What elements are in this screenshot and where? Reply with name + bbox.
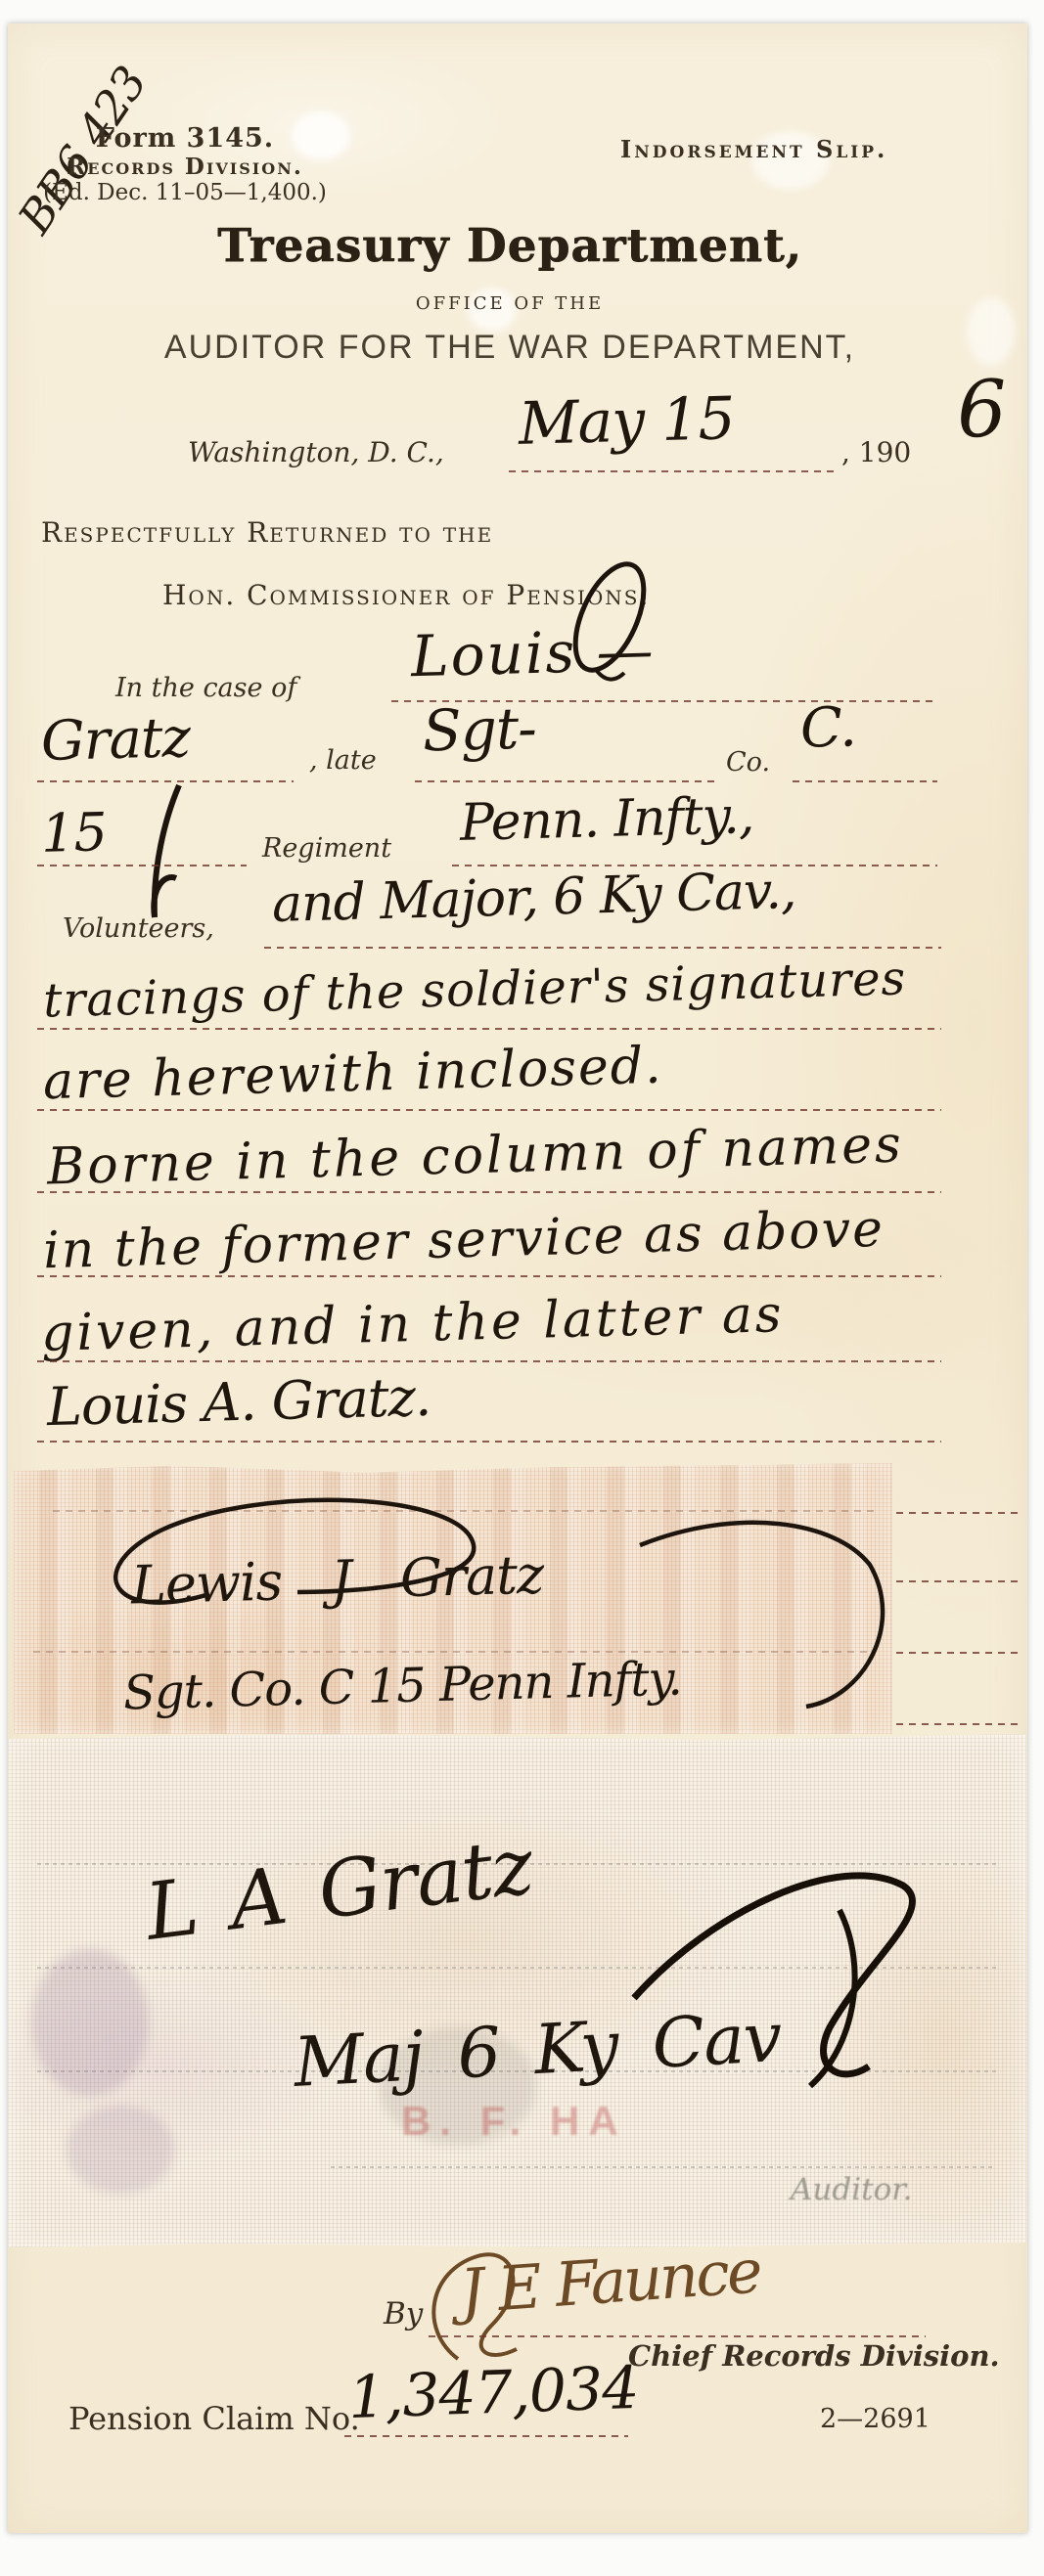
- rank-handwritten: Sgt-: [422, 694, 537, 764]
- date-handwritten: May 15: [518, 384, 735, 459]
- rule: [37, 1109, 941, 1111]
- tracing-2-signature: L A Gratz: [141, 1820, 537, 1958]
- rule-stub: [896, 1723, 1018, 1725]
- rule: [415, 780, 718, 782]
- rule: [37, 1441, 941, 1443]
- case-name-handwritten: Louis —: [410, 617, 656, 690]
- claim-number-rule: [344, 2435, 628, 2437]
- chief-records-division: Chief Records Division.: [628, 2339, 1000, 2373]
- signature-rule: [429, 2335, 926, 2337]
- form-number: Form 3145.: [23, 123, 346, 154]
- signature-tracing-slip-2: L A Gratz B. F. HA Maj 6 Ky Cav Auditor.: [8, 1734, 1026, 2247]
- regiment-handwritten: Penn. Infty.,: [459, 786, 754, 853]
- rule: [37, 865, 247, 866]
- form-edition: (Ed. Dec. 11–05—1,400.): [23, 180, 346, 205]
- department-title: Treasury Department,: [0, 219, 1020, 273]
- rule: [37, 1275, 941, 1277]
- company-handwritten: C.: [799, 695, 856, 760]
- volunteers-label: Volunteers,: [63, 913, 214, 944]
- place-label: Washington, D. C.,: [188, 436, 444, 468]
- rule: [37, 1360, 941, 1362]
- pension-claim-label: Pension Claim No.: [68, 2400, 360, 2437]
- ink-bleed-smudge: [67, 2106, 174, 2194]
- auditor-stamp-faint: B. F. HA: [401, 2098, 627, 2145]
- form-id-block: Form 3145. Records Division. (Ed. Dec. 1…: [23, 123, 346, 205]
- rule-stub: [896, 1512, 1018, 1514]
- tracing-1-signature: Lewis J Gratz: [130, 1543, 544, 1616]
- returned-line-1: Respectfully Returned to the: [41, 516, 493, 549]
- case-surname-handwritten: Gratz: [40, 706, 191, 774]
- rule-stub: [896, 1580, 1018, 1582]
- co-label: Co.: [726, 747, 770, 777]
- year-printed: , 190: [841, 436, 911, 468]
- pension-claim-number: 1,347,034: [347, 2354, 640, 2432]
- body-line-7-handwritten: Louis A. Gratz.: [46, 1366, 431, 1438]
- faint-rule: [331, 2166, 996, 2168]
- form-division: Records Division.: [23, 154, 346, 180]
- rule-stub: [896, 1652, 1018, 1654]
- regiment-label: Regiment: [262, 833, 391, 864]
- signature-tracing-slip-1: Lewis J Gratz Sgt. Co. C 15 Penn Infty.: [14, 1463, 892, 1734]
- slip-title: Indorsement Slip.: [620, 135, 887, 163]
- rule: [793, 780, 937, 782]
- rule: [37, 1191, 941, 1193]
- ink-bleed-smudge: [31, 1949, 149, 2096]
- office-of-the: OFFICE OF THE: [0, 293, 1020, 314]
- rule: [264, 947, 941, 949]
- rule: [37, 1028, 941, 1030]
- print-code: 2—2691: [820, 2404, 931, 2434]
- late-label: , late: [309, 745, 377, 776]
- in-the-case-of-label: In the case of: [115, 673, 296, 703]
- auditor-ghost-text: Auditor.: [791, 2172, 913, 2207]
- auditor-line: AUDITOR FOR THE WAR DEPARTMENT,: [0, 329, 1020, 367]
- pen-flourish-mark: [125, 780, 194, 927]
- year-handwritten: 6: [956, 363, 1007, 455]
- regiment-number-handwritten: 15: [40, 801, 107, 865]
- date-rule: [509, 470, 840, 472]
